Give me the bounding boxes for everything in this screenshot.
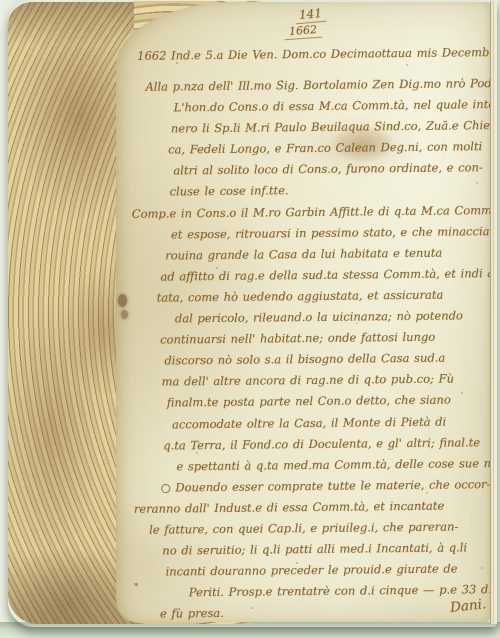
manuscript-page: 141 1662 1662 Ind.e 5.a Die Ven. Dom.co …	[116, 2, 490, 622]
manuscript-line: et espose, ritrouarsi in pessimo stato, …	[171, 221, 483, 245]
underlying-page-edge	[490, 1, 497, 624]
handwritten-text-block: 1662 Ind.e 5.a Die Ven. Dom.co Decimaott…	[123, 42, 487, 622]
manuscript-line: dal pericolo, rileuand.o la uicinanza; n…	[175, 305, 484, 329]
year-heading: 1662	[284, 23, 323, 41]
manuscript-line: q.ta Terra, il Fond.co di Doculenta, e g…	[163, 432, 485, 456]
manuscript-line: altri al solito loco di Cons.o, furono o…	[173, 158, 482, 182]
date-line: 1662 Ind.e 5.a Die Ven. Dom.co Decimaott…	[137, 42, 481, 70]
bound-volume: 141 1662 1662 Ind.e 5.a Die Ven. Dom.co …	[8, 0, 497, 627]
manuscript-photo: 141 1662 1662 Ind.e 5.a Die Ven. Dom.co …	[0, 0, 500, 638]
manuscript-line: e fù presa.	[160, 600, 487, 622]
margin-mark: *	[134, 582, 138, 591]
manuscript-line: accomodate oltre la Casa, il Monte di Pi…	[172, 411, 485, 435]
manuscript-line: Periti. Prosp.e trentatrè con d.i cinque…	[189, 579, 487, 603]
folio-number: 141	[294, 6, 326, 25]
manuscript-line: finalm.te posta parte nel Con.o detto, c…	[167, 390, 485, 414]
manuscript-line: e spettanti à q.ta med.ma Comm.tà, delle…	[176, 453, 485, 477]
